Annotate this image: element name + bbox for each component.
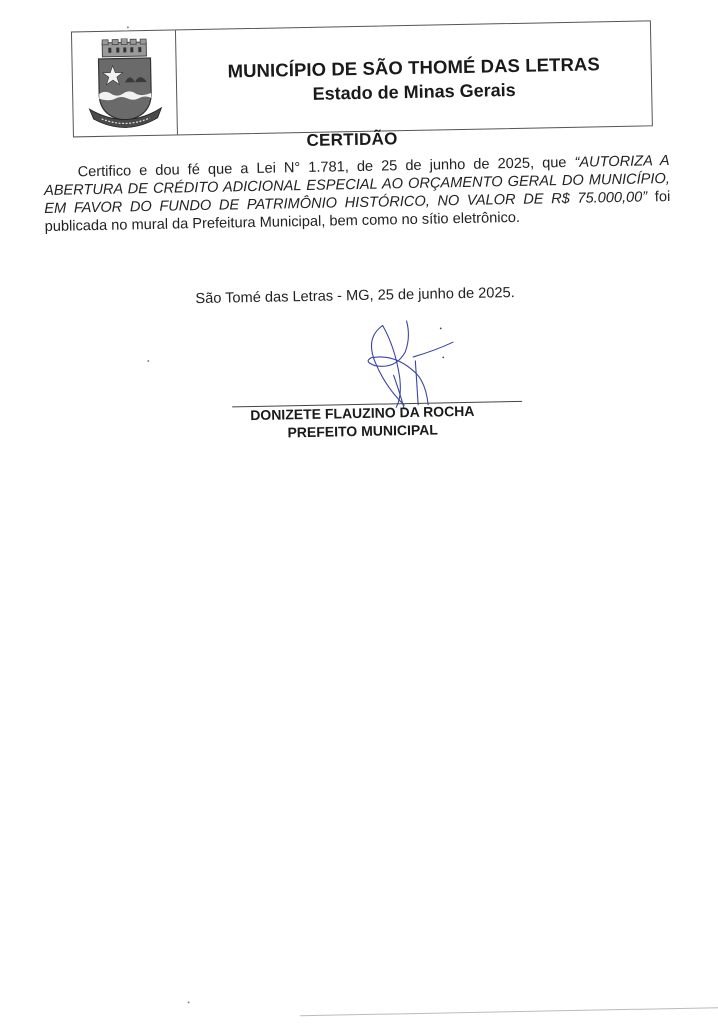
letterhead-title: MUNICÍPIO DE SÃO THOMÉ DAS LETRAS Estado…	[176, 21, 652, 134]
municipality-name: MUNICÍPIO DE SÃO THOMÉ DAS LETRAS	[227, 53, 600, 82]
certificate-body: Certifico e dou fé que a Lei N° 1.781, d…	[43, 152, 670, 236]
page-edge-line	[300, 1007, 718, 1016]
document-page: MUNICÍPIO DE SÃO THOMÉ DAS LETRAS Estado…	[0, 0, 718, 1024]
scan-speck	[188, 1001, 190, 1003]
signer-block: DONIZETE FLAUZINO DA ROCHA PREFEITO MUNI…	[0, 397, 717, 447]
place-and-date: São Tomé das Letras - MG, 25 de junho de…	[0, 281, 714, 311]
scan-speck	[127, 26, 129, 28]
coat-of-arms-icon	[84, 38, 166, 130]
signature-icon	[355, 316, 467, 413]
crest-cell	[72, 30, 178, 136]
scan-speck	[147, 360, 149, 362]
letterhead: MUNICÍPIO DE SÃO THOMÉ DAS LETRAS Estado…	[71, 20, 653, 137]
state-name: Estado de Minas Gerais	[312, 80, 515, 105]
